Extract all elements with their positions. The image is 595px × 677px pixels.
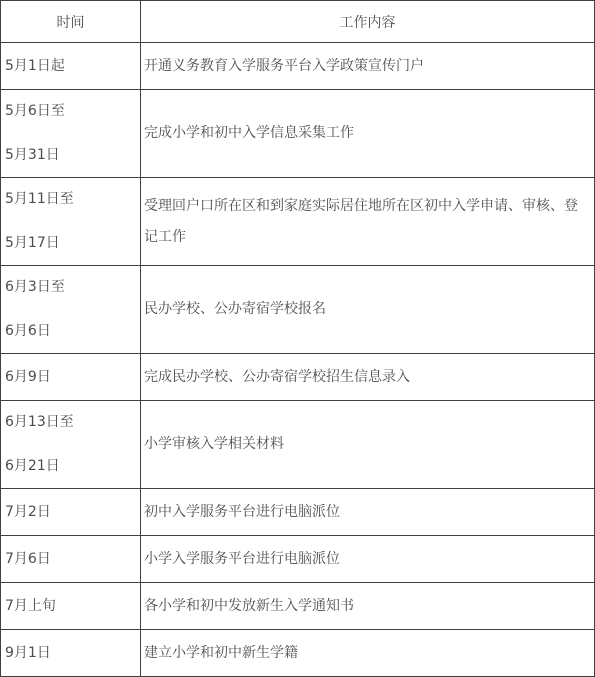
time-line: 5月1日起 [5,59,136,74]
header-time-cell: 时间 [1,1,141,43]
header-content-cell: 工作内容 [141,1,595,43]
content-cell: 小学入学服务平台进行电脑派位 [141,536,595,583]
table-header: 时间 工作内容 [1,1,595,43]
content-cell: 完成小学和初中入学信息采集工作 [141,90,595,178]
table-row: 5月6日至5月31日完成小学和初中入学信息采集工作 [1,90,595,178]
table-row: 7月2日初中入学服务平台进行电脑派位 [1,489,595,536]
time-line: 7月2日 [5,505,136,520]
time-cell: 9月1日 [1,630,141,677]
table-row: 6月9日完成民办学校、公办寄宿学校招生信息录入 [1,354,595,401]
time-line: 7月6日 [5,552,136,567]
table-row: 5月1日起开通义务教育入学服务平台入学政策宣传门户 [1,43,595,90]
time-line: 9月1日 [5,646,136,661]
table-row: 6月13日至6月21日小学审核入学相关材料 [1,401,595,489]
time-line: 6月6日 [5,324,136,339]
time-line: 6月3日至 [5,280,136,295]
table-row: 5月11日至5月17日受理回户口所在区和到家庭实际居住地所在区初中入学申请、审核… [1,178,595,266]
time-cell: 7月2日 [1,489,141,536]
time-cell: 6月13日至6月21日 [1,401,141,489]
time-line: 6月9日 [5,370,136,385]
time-cell: 5月11日至5月17日 [1,178,141,266]
table-body: 5月1日起开通义务教育入学服务平台入学政策宣传门户5月6日至5月31日完成小学和… [1,43,595,677]
content-cell: 初中入学服务平台进行电脑派位 [141,489,595,536]
header-row: 时间 工作内容 [1,1,595,43]
content-cell: 受理回户口所在区和到家庭实际居住地所在区初中入学申请、审核、登记工作 [141,178,595,266]
time-cell: 7月上旬 [1,583,141,630]
table-row: 9月1日建立小学和初中新生学籍 [1,630,595,677]
time-line: 5月11日至 [5,192,136,207]
time-cell: 6月9日 [1,354,141,401]
content-cell: 开通义务教育入学服务平台入学政策宣传门户 [141,43,595,90]
time-cell: 5月6日至5月31日 [1,90,141,178]
content-cell: 民办学校、公办寄宿学校报名 [141,266,595,354]
table-row: 6月3日至6月6日民办学校、公办寄宿学校报名 [1,266,595,354]
time-cell: 5月1日起 [1,43,141,90]
table-row: 7月6日小学入学服务平台进行电脑派位 [1,536,595,583]
time-line: 6月21日 [5,459,136,474]
table-row: 7月上旬各小学和初中发放新生入学通知书 [1,583,595,630]
time-line: 5月17日 [5,236,136,251]
content-cell: 各小学和初中发放新生入学通知书 [141,583,595,630]
time-line: 7月上旬 [5,599,136,614]
content-cell: 小学审核入学相关材料 [141,401,595,489]
schedule-table: 时间 工作内容 5月1日起开通义务教育入学服务平台入学政策宣传门户5月6日至5月… [0,0,595,677]
time-line: 6月13日至 [5,415,136,430]
content-cell: 建立小学和初中新生学籍 [141,630,595,677]
time-line: 5月6日至 [5,104,136,119]
time-line: 5月31日 [5,148,136,163]
time-cell: 7月6日 [1,536,141,583]
content-cell: 完成民办学校、公办寄宿学校招生信息录入 [141,354,595,401]
time-cell: 6月3日至6月6日 [1,266,141,354]
